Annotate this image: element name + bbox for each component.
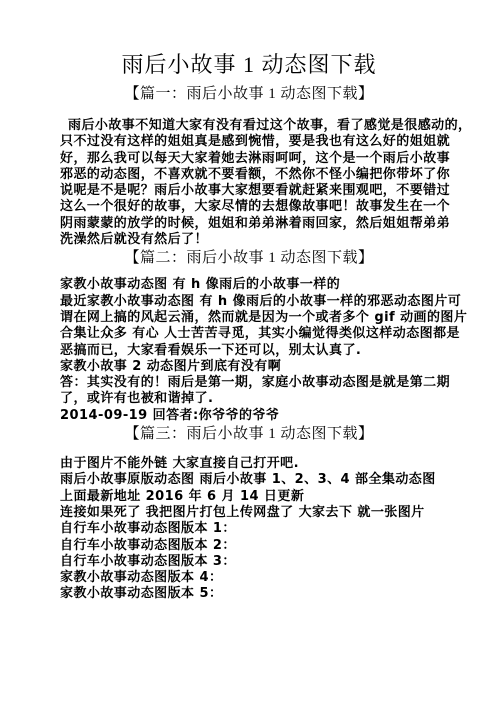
text-line: 自行车小故事动态图版本 1： <box>60 521 438 537</box>
text-line: 由于图片不能外链 大家直接自己打开吧. <box>60 456 438 472</box>
page-title: 雨后小故事 1 动态图下载 <box>60 50 438 80</box>
text-line: 好，那么我可以每天大家着她去淋雨呵呵，这个是一个雨后小故事 <box>60 151 438 167</box>
text-line: 只不过没有这样的姐姐真是感到惋惜，要是我也有这么好的姐姐就 <box>60 134 438 150</box>
section-body: 由于图片不能外链 大家直接自己打开吧.雨后小故事原版动态图 雨后小故事 1、2、… <box>60 456 438 603</box>
text-line: 最近家教小故事动态图 有 h 像雨后的小故事一样的邪恶动态图片可 <box>60 294 438 310</box>
section-body: 雨后小故事不知道大家有没有看过这个故事，看了感觉是很感动的，只不过没有这样的姐姐… <box>60 118 438 248</box>
text-line: 答：其实没有的！雨后是第一期，家庭小故事动态图是就是第二期 <box>60 375 438 391</box>
document-content: 雨后小故事 1 动态图下载 【篇一：雨后小故事 1 动态图下载】雨后小故事不知道… <box>60 50 438 603</box>
text-line: 家教小故事动态图版本 5： <box>60 586 438 602</box>
text-line: 邪恶的动态图，不喜欢就不要看额，不然你不怪小编把你带坏了你 <box>60 167 438 183</box>
text-line: 家教小故事动态图 有 h 像雨后的小故事一样的 <box>60 277 438 293</box>
text-line: 自行车小故事动态图版本 3： <box>60 554 438 570</box>
text-line: 阴雨蒙蒙的放学的时候，姐姐和弟弟淋着雨回家，然后姐姐帮弟弟 <box>60 216 438 232</box>
section-heading: 【篇二：雨后小故事 1 动态图下载】 <box>60 250 438 267</box>
text-line: 自行车小故事动态图版本 2： <box>60 538 438 554</box>
text-line: 了，或许有也被和谐掉了. <box>60 391 438 407</box>
section: 【篇三：雨后小故事 1 动态图下载】由于图片不能外链 大家直接自己打开吧.雨后小… <box>60 426 438 603</box>
text-line: 雨后小故事不知道大家有没有看过这个故事，看了感觉是很感动的， <box>60 118 438 134</box>
text-line: 谓在网上搞的风起云涌，然而就是因为一个或者多个 gif 动画的图片 <box>60 310 438 326</box>
section: 【篇一：雨后小故事 1 动态图下载】雨后小故事不知道大家有没有看过这个故事，看了… <box>60 86 438 248</box>
section: 【篇二：雨后小故事 1 动态图下载】家教小故事动态图 有 h 像雨后的小故事一样… <box>60 250 438 424</box>
text-line: 2014-09-19 回答者:你爷爷的爷爷 <box>60 408 438 424</box>
sections-container: 【篇一：雨后小故事 1 动态图下载】雨后小故事不知道大家有没有看过这个故事，看了… <box>60 86 438 603</box>
text-line: 家教小故事动态图版本 4： <box>60 570 438 586</box>
text-line: 雨后小故事原版动态图 雨后小故事 1、2、3、4 部全集动态图 <box>60 472 438 488</box>
text-line: 合集让众多 有心 人士苦苦寻觅，其实小编觉得类似这样动态图都是 <box>60 326 438 342</box>
section-heading: 【篇三：雨后小故事 1 动态图下载】 <box>60 426 438 443</box>
document-page: 雨后小故事 1 动态图下载 【篇一：雨后小故事 1 动态图下载】雨后小故事不知道… <box>0 0 496 702</box>
section-body: 家教小故事动态图 有 h 像雨后的小故事一样的最近家教小故事动态图 有 h 像雨… <box>60 277 438 424</box>
text-line: 洗澡然后就没有然后了！ <box>60 232 438 248</box>
text-line: 这么一个很好的故事，大家尽情的去想像故事吧！故事发生在一个 <box>60 199 438 215</box>
text-line: 恶搞而已，大家看看娱乐一下还可以，别太认真了. <box>60 343 438 359</box>
section-heading: 【篇一：雨后小故事 1 动态图下载】 <box>60 86 438 103</box>
text-line: 家教小故事 2 动态图片到底有没有啊 <box>60 359 438 375</box>
text-line: 说呢是不是呢？雨后小故事大家想要看就赶紧来围观吧，不要错过 <box>60 183 438 199</box>
text-line: 连接如果死了 我把图片打包上传网盘了 大家去下 就一张图片 <box>60 505 438 521</box>
text-line: 上面最新地址 2016 年 6 月 14 日更新 <box>60 489 438 505</box>
